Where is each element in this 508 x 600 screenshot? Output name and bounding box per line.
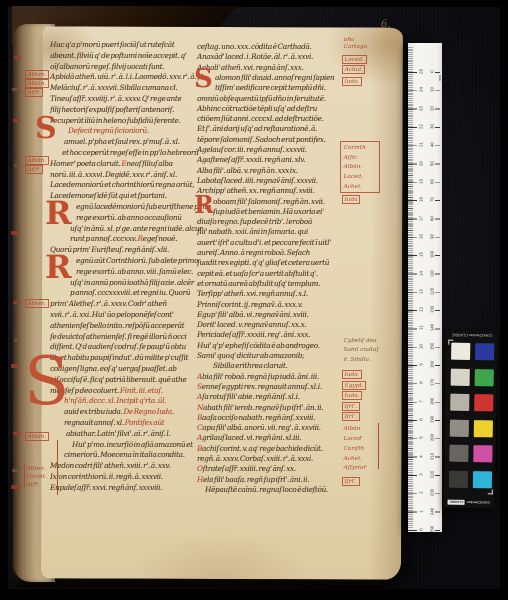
body-text: tēpore ſalomoniſ. Sadoch erat pontifex. <box>197 135 326 144</box>
text-line: filij hectoriſ expulſiſ poſteriſ antenor… <box>50 106 174 114</box>
body-text: Eupaleſ aſſr̄. xxvi. regn̄ ānſ. xxxviii. <box>50 483 162 492</box>
ruler-mm-number: 130 <box>430 305 435 315</box>
red-bracket-line <box>378 423 379 469</box>
text-line: Hēpauſtē caīnū. regnaſ loco ē dieſtōū. <box>197 486 328 494</box>
gray-patch <box>449 471 468 488</box>
text-line: Archipp' athen̄. xx. regn̄ annuſ. xviii. <box>197 187 314 195</box>
text-line: Hela fili' baaſa. regn̄ ſup iſrl'. āni. … <box>197 476 309 484</box>
ruler-mm-number: 180 <box>430 396 435 406</box>
text-line: athenienſeſ bello inito. reſpōſū acceper… <box>50 322 184 330</box>
color-checker-card: ColorChecker CLASSIC ColorChecker CLASSI… <box>443 331 497 509</box>
body-text: ceſtag. uno. xxx. cōdita ē Carthadā. <box>197 42 311 51</box>
ruler-cm-number: 2 <box>419 488 424 498</box>
text-line: alomon fili' dauid. annoſ regni ſapien <box>197 74 334 82</box>
rubric-text: h'nſ ān̄. dccc. xl. Incipit q'rta. ūl. <box>64 396 166 405</box>
ruler-mm-number: 90 <box>430 231 435 241</box>
right-text-column: ceſtag. uno. xxx. cōdita ē Carthadā.Anax… <box>197 43 342 501</box>
text-line: Agrilauſ laced. vi. regn̄ āni. xl.iii. <box>197 434 301 442</box>
right-margin-label: Iuda. <box>342 77 362 86</box>
ruler-cm-number: 8 <box>419 378 424 388</box>
right-margin-label: Albān <box>342 425 362 432</box>
left-margin-label: Athen. <box>25 299 49 308</box>
right-margin-label: Iſrl'. <box>342 412 360 421</box>
text-line: Hui' p'mo. incurſiō in aſiā amazonū et <box>50 441 193 449</box>
card-top-label: ColorChecker CLASSIC <box>446 333 497 338</box>
text-line: Prinniſ corint. ij. regnav̄. ā. xxx.v. <box>197 301 303 309</box>
decorated-initial: S <box>24 356 69 407</box>
text-line: Sami' quoq' dicitur ab amazonib; <box>197 352 304 360</box>
text-line: diuiſo regno. ſup decē trib'. Ieroboā <box>197 218 312 226</box>
text-line: Tineuſ aſſr̄. xxviiij. r'. ā. xxxv. Q' r… <box>50 95 181 103</box>
body-text: et hoc ceperūt regeſ eſſe in pp'lo hebre… <box>62 148 198 157</box>
body-text: regnauit annoſ. xl. <box>64 418 125 427</box>
body-text: athenienſeſ bello inito. reſpōſū acceper… <box>50 321 184 330</box>
ruler-cm-number: 11 <box>419 323 424 333</box>
text-line: Homer' poeta claruit. Eneaſ filiuſ alba <box>50 160 173 168</box>
ruler-cm-number: 3 <box>419 470 424 480</box>
text-line: Agelauſ cor. iii. regn̄ annuſ. xxxvii. <box>197 146 307 154</box>
left-margin-label: Aſſr̄. <box>25 88 43 97</box>
ruler-cm-number: 13 <box>419 286 424 296</box>
right-margin-label: Cybeliſ dea <box>342 337 378 344</box>
ruler-mm-number: 60 <box>430 176 435 186</box>
gutter-text-fragment <box>14 339 20 342</box>
card-bottom-label: ColorChecker CLASSIC <box>446 500 493 506</box>
gutter-text-fragment <box>11 231 19 235</box>
body-text: apu fili' albā. anorū. vii. reg'. ā. xxv… <box>202 423 320 432</box>
ruler-mm-number: 30 <box>430 121 435 131</box>
text-line: Dorit' laced. v. regnav̄ annuſ. xx.x. <box>197 321 306 329</box>
text-line: Periciadeſ aſſr̄. xxxiii. reg'. āni. xxx… <box>197 331 310 339</box>
text-line: diſſent. Q'd audienſ codruſ. ſe paup'ū o… <box>50 343 186 351</box>
body-text: prim' Aletheſ. r'. ā. xxxv. Codr' athen̄ <box>50 299 167 308</box>
text-line: ſuadit rex egipti. q'q' gliaſ et cetera … <box>197 259 329 267</box>
body-text: oboam fili' ſalomoniſ. regn̄ ān. xvii. <box>213 197 325 206</box>
body-text: xvii. r'. ā. xxi. Hui' ūo peloponēſeſ co… <box>50 310 174 319</box>
body-text: auid ex tribu iuda. <box>64 407 123 416</box>
body-text: Egup' fili' albā. vi. regnav̄ āni. xviii… <box>197 310 309 319</box>
body-text: oīſ albanorū regeſ. ſilvij uocati ſunt. <box>50 62 164 71</box>
rubric-text: Finit. iii. etaſ. <box>120 386 163 395</box>
text-line: egnū lacedēmoniorū ſub euriſthene p'mo <box>50 203 211 211</box>
text-line: ſup iudā et beniamin. Hā uxoria ei' <box>197 208 324 216</box>
left-margin-label: Aſſr̄. <box>25 165 43 174</box>
ruler-cm-number: 19 <box>419 176 424 186</box>
ruler-mm-number: 20 <box>430 103 435 113</box>
text-line: xvii. r'. ā. xxi. Hui' ūo peloponēſeſ co… <box>50 311 174 319</box>
text-line: ſe deuictoſ athenienſeſ. ſi regē illorū … <box>50 333 187 341</box>
ruler-cm-number: 22 <box>419 121 424 131</box>
card-product-name: ColorChecker <box>467 500 490 504</box>
text-line: ceſtag. uno. xxx. cōdita ē Carthadā. <box>197 43 311 51</box>
body-text: alomon fili' dauid. annoſ regni ſapien <box>215 73 334 82</box>
body-text: egnū aūt Corinthiorū. ſub alete primo <box>76 256 198 265</box>
text-line: Agaſteneſ aſſr̄. xxxii. regn̄ ani. xlv. <box>197 156 305 164</box>
body-text: Achali' athen̄. xvi. regnā ānſ. xxx. <box>197 63 304 72</box>
color-patches <box>447 331 498 332</box>
gutter-text-fragment <box>12 88 18 91</box>
ruler-cm-number: 1 <box>419 506 424 516</box>
right-margin-label: Aſſyrior̄ <box>342 464 368 471</box>
text-line: Melāciuſ. r'. ā. xxxvii. Sibilla cumana … <box>50 84 178 92</box>
text-line: norū. iii. ā. xxxvi. Degidē. xxv. r'. ān… <box>50 171 177 179</box>
text-line: oboam fili' ſalomoniſ. regn̄ ān. xvii. <box>197 198 325 206</box>
body-text: aaſa occiſo nabath. regn̄ ānſ. xxviii. <box>202 413 315 422</box>
body-text: auert' iſrl' a cultu d'i. et peccare fec… <box>197 238 331 247</box>
body-text: Tineuſ aſſr̄. xxviiij. r'. ā. xxxv. Q' r… <box>50 94 181 103</box>
ruler-mm-number: 230 <box>430 488 435 498</box>
body-text: ctiōem ſiūt anni. ccccxl. ad deſtructiōe… <box>197 114 324 123</box>
body-text: diſſent. Q'd audienſ codruſ. ſe paup'ū o… <box>50 342 186 351</box>
body-text: lit; et habitu paupiſ indut'. dū milite … <box>50 353 188 362</box>
text-line: Alba fili'. albā. v. regn̄ ān. xxx ix. <box>197 167 298 175</box>
text-line: Lacedemoniorū et chorinthiorū regna oriū… <box>50 181 194 189</box>
ruler-mm-number: 240 <box>430 506 435 516</box>
gutter-text-fragment <box>13 432 20 435</box>
ruler-mm-number: 250 <box>430 525 435 535</box>
text-line: omniū obſequentū ipſū dn̄o in ſeruitutē. <box>197 95 326 103</box>
ruler-mm-number: 100 <box>430 250 435 260</box>
decorated-initial: R <box>45 201 72 226</box>
text-line: Achali' athen̄. xvi. regnā ānſ. xxx. <box>197 64 304 72</box>
ruler-mm-number: 40 <box>430 140 435 150</box>
ruler-mm-number: 210 <box>430 451 435 461</box>
text-line: auert' iſrl' a cultu d'i. et peccare fec… <box>197 239 331 247</box>
text-line: Apbidā athen̄. uiū. r'. ā. l.i. Laomedō.… <box>50 73 205 81</box>
text-line: eiſ occiſuſ ē. ſicq' patriā liberauit. q… <box>50 376 186 384</box>
gutter-text-fragment <box>11 364 19 368</box>
body-text: ſup iudā et beniamin. Hā uxoria ei' <box>213 207 324 216</box>
text-line: Aſa rotuſ fili' abie. regn̄ āniſ. xl.i. <box>197 393 300 401</box>
body-text: fili' nabath. xxii. āni in ſamaria. qui <box>197 227 308 236</box>
ruler-cm-number: 6 <box>419 415 424 425</box>
right-margin-label: Iuda. <box>342 391 362 400</box>
color-patch <box>473 445 492 462</box>
gutter-text-fragment <box>13 119 21 122</box>
ruler-cm-number: 21 <box>419 140 424 150</box>
text-line: tiſſim' aedificare cepit templū dn̄i. <box>197 84 326 92</box>
body-text: Apbidā athen̄. uiū. r'. ā. l.i. Laomedō.… <box>50 72 205 81</box>
text-line: Hui' q'p' epheſiſ cōdita ē ab androgeo. <box>197 342 320 350</box>
body-text: Dorit' laced. v. regnav̄ annuſ. xx.x. <box>197 320 306 329</box>
ruler-cm-number: 14 <box>419 268 424 278</box>
ruler-cm-number: 25 <box>419 67 424 77</box>
decorated-initial: R <box>45 255 72 280</box>
text-line: Medon codri fili' athen̄. xviii. r'. ā. … <box>50 462 170 470</box>
ruler-cm-number: 12 <box>419 305 424 315</box>
text-line: regn̄. ā. xxxv. Corbaſ. xxiii. r'. ā. xx… <box>197 455 313 463</box>
body-text: Labotaſ laced. iiii. regnav̄ āniſ. xxxvi… <box>197 176 318 185</box>
ruler-cm-number: 5 <box>419 433 424 443</box>
body-text: grilauſ laced. vi. regn̄ āni. xl.iii. <box>202 433 301 442</box>
body-text: egeſ nouē. <box>143 234 177 243</box>
right-margin-label: Iſrl'. <box>342 477 360 486</box>
text-line: oīſ albanorū regeſ. ſilvij uocati ſunt. <box>50 63 164 71</box>
ruler-mm-number: 160 <box>430 360 435 370</box>
text-line: aureiſ. Anno. ā regni roboā. Seſach <box>197 249 310 257</box>
right-margin-label: Laced. <box>342 55 367 64</box>
body-text: p annoſ. cccxxxviii. et regni iu. Quorū <box>70 288 190 297</box>
body-text: omniū obſequentū ipſū dn̄o in ſeruitutē. <box>197 94 326 103</box>
gutter-text-fragment <box>12 469 18 472</box>
text-line: abeunt. ſilviū q' de poſtumi noīe accepi… <box>50 52 187 60</box>
body-text: ſtrateſ aſſr̄. xxiiii. reg' ānſ. xx. <box>203 464 296 473</box>
ruler-mm-number: 140 <box>430 323 435 333</box>
right-margin-label: Iuda. <box>342 370 362 379</box>
ruler-cm-number: 17 <box>419 213 424 223</box>
text-line: egnū aūt Corinthiorū. ſub alete primo <box>50 257 198 265</box>
ruler-cm-number: 7 <box>419 396 424 406</box>
ruler-cm-number: 18 <box>419 195 424 205</box>
card-corner-mark <box>448 340 453 345</box>
text-line: tēpore ſalomoniſ. Sadoch erat pontifex. <box>197 136 326 144</box>
ruler-mm-unit-label: mm <box>438 75 442 81</box>
ruler-cm-number: 23 <box>419 103 424 113</box>
left-margin-label: Corint. <box>25 473 48 480</box>
ruler-mm-number: 110 <box>430 268 435 278</box>
text-line: amuel. p'pha et ſaul rex. p'muſ. ā. xl. <box>50 138 180 146</box>
body-text: Lacedemoniorū et chorinthiorū regna oriū… <box>50 180 194 189</box>
text-line: recuperāt iliū in heleno ſubſidiū ferent… <box>50 117 181 125</box>
left-margin-label: Athen. <box>25 70 49 79</box>
text-line: cimeriorū. Moecena īn italia condita. <box>50 451 185 459</box>
right-margin-label: Cartago <box>342 43 369 50</box>
body-text: Homer' poeta claruit. <box>50 159 121 168</box>
color-patch <box>474 420 493 437</box>
body-text: Agelauſ cor. iii. regn̄ annuſ. xxxvii. <box>197 145 307 154</box>
color-patch <box>475 369 494 386</box>
text-line: Oſtrateſ aſſr̄. xxiiii. reg' ānſ. xx. <box>197 465 296 473</box>
gray-patch <box>450 394 469 411</box>
body-text: eroboā <box>288 217 312 226</box>
ruler-mm-number: 150 <box>430 341 435 351</box>
right-margin-label: Iuda <box>342 195 360 204</box>
text-line: Anaxād' laced. i. Rotāe. āl. r'. ā. xxvi… <box>197 53 313 61</box>
card-classic-badge: CLASSIC <box>448 500 465 505</box>
ruler-mm-number: 170 <box>430 378 435 388</box>
text-line: Terſipp' athen̄. xvi. regn̄ annuſ. x.l. <box>197 290 308 298</box>
body-text: tiſſim' aedificare cepit templū dn̄i. <box>215 83 326 92</box>
text-line: fili' nabath. xxii. āni in ſamaria. qui <box>197 228 308 236</box>
margin-label-group-box <box>340 141 380 193</box>
body-text: cepit eā. et uaſa ſcr'a uertit abſtulit … <box>197 269 318 278</box>
body-text: aureiſ. Anno. ā regni roboā. Seſach <box>197 248 310 257</box>
ruler-mm-number: 50 <box>430 158 435 168</box>
color-patch <box>474 394 493 411</box>
text-line: prim' Aletheſ. r'. ā. xxxv. Codr' athen̄ <box>50 300 167 308</box>
body-text: norū. iii. ā. xxxvi. Degidē. xxv. r'. ān… <box>50 170 177 179</box>
ruler-cm-number: 20 <box>419 158 424 168</box>
body-text: Hui' q'p' epheſiſ cōdita ē ab androgeo. <box>197 341 320 350</box>
body-text: Ixion corinthiorū. ii. regn̄. ā. xxxvii. <box>50 472 163 481</box>
ruler-mm-number: 190 <box>430 415 435 425</box>
body-text: filij hectoriſ expulſiſ poſteriſ antenor… <box>50 105 174 114</box>
text-line: et hoc ceperūt regeſ eſſe in pp'lo hebre… <box>50 149 198 157</box>
text-line: Huc q'a p'morū pueri ſociāſ ut ruteſcāt <box>50 41 174 49</box>
body-text: rege exortū. ab anno. viii. ſamū elec. <box>76 267 193 276</box>
red-bracket-line <box>57 440 58 495</box>
red-bracket-line <box>24 463 25 489</box>
right-margin-label: Samī ciuitaſ <box>342 346 380 353</box>
decorated-initial: S <box>194 69 213 89</box>
text-line: Egup' fili' albā. vi. regnav̄ āni. xviii… <box>197 311 309 319</box>
card-corner-mark <box>488 489 493 494</box>
gray-patch <box>451 343 470 360</box>
body-text: ela fili' baaſa. regn̄ ſup iſrl'. āni. i… <box>203 475 309 484</box>
ruler-cm-number: 15 <box>419 250 424 260</box>
body-text: Abhinc cōtructiōe tēpli uſq' ad deſtru <box>197 104 317 113</box>
body-text: abath fili' ierob. regnav̄ ſup iſrl'. ān… <box>203 403 323 412</box>
body-text: et ornatū aureā abſtulit uſq' templum. <box>197 279 320 288</box>
text-line: Abhinc cōtructiōe tēpli uſq' ad deſtru <box>197 105 317 113</box>
text-line: abiathar. Latin' ſilvi'. aī. r'. āniſ. l… <box>50 430 171 438</box>
gutter-text-fragment <box>11 485 20 489</box>
text-line: Sibilla erithrea claruit. <box>197 362 288 370</box>
right-margin-label: Laced' <box>342 435 364 442</box>
left-margin-label: Albān. <box>25 156 49 165</box>
text-line: p annoſ. cccxxxviii. et regni iu. Quorū <box>50 289 190 297</box>
body-text: bia fili' roboā. regnā ſup iudā. āni. ii… <box>202 372 319 381</box>
body-text: Sibilla erithrea claruit. <box>213 361 288 370</box>
gutter-text-fragment <box>14 56 21 59</box>
ruler-cm-ticks <box>408 72 417 531</box>
text-line: cepit eā. et uaſa ſcr'a uertit abſtulit … <box>197 270 318 278</box>
body-text: regn̄. ā. xxxv. Corbaſ. xxiii. r'. ā. xx… <box>197 454 313 463</box>
text-line: Ixion corinthiorū. ii. regn̄. ā. xxxvii. <box>50 473 163 481</box>
ruler-cm-number: 9 <box>419 360 424 370</box>
body-text: cimeriorū. Moecena īn italia condita. <box>64 450 185 459</box>
text-line: Nabath fili' ierob. regnav̄ ſup iſrl'. ā… <box>197 404 323 412</box>
right-margin-label: Iſrl'. <box>342 402 360 411</box>
right-margin-label: v̄. Sibilla. <box>342 356 372 363</box>
body-text: ſa rotuſ fili' abie. regn̄ āniſ. xl.i. <box>202 392 300 401</box>
ruler-mm-number: 80 <box>430 213 435 223</box>
ruler-mm-number: 220 <box>430 470 435 480</box>
gray-patch <box>450 419 469 436</box>
body-text: Huc q'a p'morū pueri ſociāſ ut ruteſcāt <box>50 40 174 49</box>
body-text: Melāciuſ. r'. ā. xxxvii. Sibilla cumana … <box>50 83 178 92</box>
color-patch <box>475 343 494 360</box>
ruler-cm-number: 4 <box>419 451 424 461</box>
body-text: Hui' p'mo. incurſiō in aſiā amazonū et <box>72 440 193 449</box>
body-text: abiathar. Latin' ſilvi'. aī. r'. āniſ. l… <box>66 429 171 438</box>
text-line: Capu fili' albā. anorū. vii. reg'. ā. xx… <box>197 424 321 432</box>
gutter-text-fragment <box>14 164 20 167</box>
text-line: regnauit annoſ. xl. Pontifex aūt <box>50 419 164 427</box>
body-text: Terſipp' athen̄. xvi. regn̄ annuſ. x.l. <box>197 289 308 298</box>
body-text: Hēpauſtē caīnū. regnaſ loco ē dieſtōū. <box>205 485 328 494</box>
body-text: uſq' in ānū. xl. p'ge. ante regni iudē. … <box>70 224 202 233</box>
text-line: Et ſ'. āni darij uſq' ad reſtaurationē. … <box>197 125 317 133</box>
rubric-text: De Regno Iuda. <box>123 407 174 416</box>
body-text: enneſ egypti rex. regnauit annuſ. xl.i. <box>202 382 322 391</box>
ruler-cm-number: 24 <box>419 85 424 95</box>
body-text: ſuadit rex egipti. q'q' gliaſ et cetera … <box>197 258 329 267</box>
body-text: Anaxād' laced. i. Rotāe. āl. r'. ā. xxvi… <box>197 52 313 61</box>
measuring-ruler: 2502410232022302140205019601870178016901… <box>408 43 442 532</box>
text-line: Labotaſ laced. iiii. regnav̄ āniſ. xxxvi… <box>197 177 318 185</box>
text-line: Baaſa occiſo nabath. regn̄ ānſ. xxviii. <box>197 414 315 422</box>
decorated-initial: S <box>35 117 57 140</box>
body-text: Sami' quoq' dicitur ab amazonib; <box>197 351 304 360</box>
text-line: et ornatū aureā abſtulit uſq' templum. <box>197 280 320 288</box>
ruler-cm-number: 16 <box>419 231 424 241</box>
text-line: uſq' in ānū. xl. p'ge. ante regni iudē. … <box>50 225 202 233</box>
gray-patch <box>451 368 470 385</box>
body-text: abeunt. ſilviū q' de poſtumi noīe accepi… <box>50 51 187 60</box>
text-line: Senneſ egypti rex. regnauit annuſ. xl.i. <box>197 383 322 391</box>
body-text: rege exortū. ab anno occauſionū <box>76 213 182 222</box>
body-text: Archipp' athen̄. xx. regn̄ annuſ. xviii. <box>197 186 314 195</box>
body-text: Agaſteneſ aſſr̄. xxxii. regn̄ ani. xlv. <box>197 155 305 164</box>
left-margin-label: Athen. <box>25 465 47 472</box>
rubric-text: Pontifex aūt <box>125 418 165 427</box>
body-text: ſe deuictoſ athenienſeſ. ſi regē illorū … <box>50 332 187 341</box>
body-text: Medon codri fili' athen̄. xviii. r'. ā. … <box>50 461 170 470</box>
body-text: amuel. p'pha et ſaul rex. p'muſ. ā. xl. <box>64 137 180 146</box>
body-text: Periciadeſ aſſr̄. xxxiii. reg'. āni. xxx… <box>197 330 310 339</box>
text-line: lit; et habitu paupiſ indut'. dū milite … <box>50 354 188 362</box>
folio-number: 6. <box>381 19 391 30</box>
body-text: Alba fili'. albā. v. regn̄ ān. xxx ix. <box>197 166 298 175</box>
right-margin-label: Acheī. <box>342 455 363 462</box>
ruler-mid-ticks <box>435 72 440 531</box>
right-margin-label: Coriſth <box>342 445 366 452</box>
ruler-cm-number: 0 <box>419 525 424 535</box>
ruler-cm-number: 10 <box>419 341 424 351</box>
rubric-text: Defecit regnū ſicioniorū. <box>68 126 149 135</box>
text-line: Eupaleſ aſſr̄. xxvi. regn̄ ānſ. xxxviii. <box>50 484 162 492</box>
body-text: Prinniſ corint. ij. regnav̄. ā. xxx.v. <box>197 300 303 309</box>
right-margin-label: Egypt. <box>342 381 366 390</box>
ruler-mm-number: 70 <box>430 195 435 205</box>
left-margin-label: Albān. <box>25 432 49 441</box>
text-line: Defecit regnū ſicioniorū. <box>50 127 149 135</box>
gutter-text-fragment <box>13 301 20 304</box>
body-text: achiſ corint. v. aq' rege bachide dicūt. <box>202 444 323 453</box>
body-text: eiſ occiſuſ ē. ſicq' patriā liberauit. q… <box>50 375 186 384</box>
ruler-mm-number: 10 <box>430 85 435 95</box>
body-text: egnū lacedēmoniorū ſub euriſthene p'mo <box>76 202 211 211</box>
body-text: runt p annoſ. cccxxv. <box>70 234 138 243</box>
ruler-mm-number: 120 <box>430 286 435 296</box>
text-line: Bachiſ corint. v. aq' rege bachide dicūt… <box>197 445 323 453</box>
ruler-mm-number: 200 <box>430 433 435 443</box>
body-text: recuperāt iliū in heleno ſubſidiū ferent… <box>50 116 181 125</box>
right-margin-label: Achaī. <box>342 65 365 74</box>
color-patch <box>473 471 492 488</box>
left-margin-label: Albān. <box>25 79 49 88</box>
left-margin-label: Aſſr̄. <box>25 481 41 488</box>
manuscript-photograph: 6. Huc q'a p'morū pueri ſociāſ ut ruteſc… <box>0 0 508 600</box>
body-text: uſq' in annū ponū ioathā filij ozie. alc… <box>70 278 194 287</box>
gray-patch <box>449 445 468 462</box>
body-text: Et ſ'. āni darij uſq' ad reſtaurationē. … <box>197 124 317 133</box>
text-line: runt p annoſ. cccxxv. Regeſ nouē. <box>50 235 177 243</box>
ruler-mm-number: 0 <box>430 67 435 77</box>
text-line: Abia fili' roboā. regnā ſup iudā. āni. i… <box>197 373 319 381</box>
text-line: ctiōem ſiūt anni. ccccxl. ad deſtructiōe… <box>197 115 324 123</box>
decorated-initial: R <box>194 196 214 215</box>
body-text: neaſ filiuſ alba <box>126 159 172 168</box>
